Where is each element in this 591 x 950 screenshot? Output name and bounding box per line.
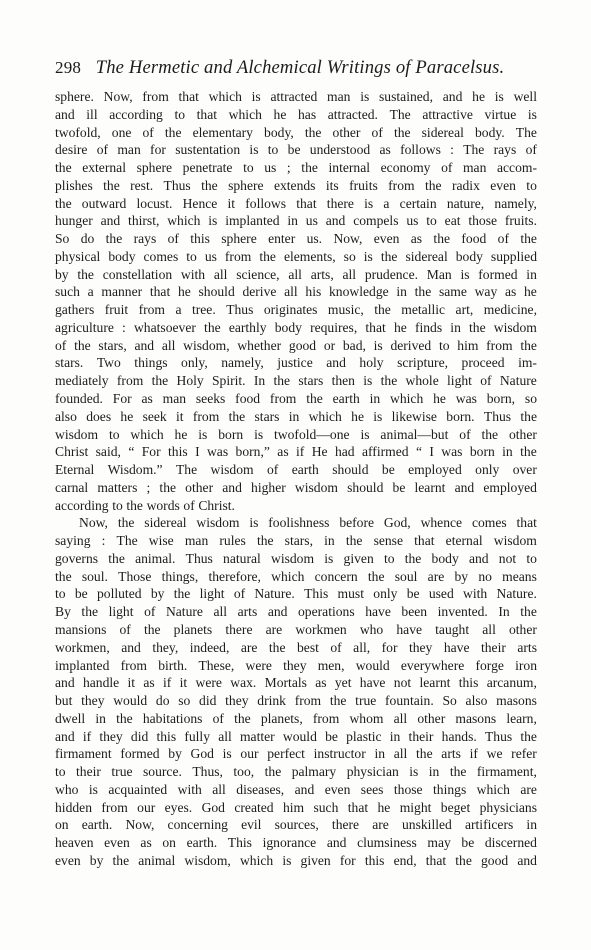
word: been (401, 603, 427, 621)
word: earth (292, 461, 319, 479)
word: eat (445, 212, 461, 230)
word: which (209, 88, 242, 106)
word: man (327, 88, 350, 106)
word: in (390, 728, 401, 746)
word: stars, (98, 337, 126, 355)
word: he (120, 408, 133, 426)
word: are (428, 568, 445, 586)
word: body (108, 248, 135, 266)
word: beget (441, 799, 470, 817)
word: too, (233, 763, 254, 781)
word: is (363, 372, 372, 390)
word: Now, (125, 816, 154, 834)
word: would (113, 692, 147, 710)
text-line: Christsaid,“ForthisIwasborn,”asifHehadaf… (55, 443, 537, 461)
word: drink (257, 692, 286, 710)
word: of (330, 639, 341, 657)
word: plastic (346, 728, 382, 746)
word: wise (149, 532, 174, 550)
word: that (414, 532, 434, 550)
word: of (498, 230, 509, 248)
word: they (81, 692, 104, 710)
text-line: tobepollutedbythelightofNature.Thismusto… (55, 585, 537, 603)
word: masons (455, 710, 496, 728)
word: of (119, 621, 130, 639)
word: learn, (506, 710, 537, 728)
word: true (111, 763, 132, 781)
word: same (439, 283, 467, 301)
word: all (342, 266, 356, 284)
word: earth. (82, 816, 113, 834)
text-line: hungerandthirst,whichisimplantedinusandc… (55, 212, 537, 230)
word: Thus (485, 728, 512, 746)
word: thirst, (128, 212, 159, 230)
word: God (202, 799, 225, 817)
word: to (384, 550, 395, 568)
word: there (332, 816, 359, 834)
word: Nature. (497, 585, 537, 603)
word: soul. (82, 568, 108, 586)
word: and (55, 106, 75, 124)
word: affirmed (362, 443, 409, 461)
word: he (378, 799, 391, 817)
word: earth (333, 390, 360, 408)
word: food (461, 230, 486, 248)
word: gathers (55, 301, 94, 319)
word: has (298, 106, 316, 124)
word: the (269, 639, 286, 657)
text-line: physicalbodycomestousfromtheelements,soi… (55, 248, 537, 266)
word: to (186, 248, 197, 266)
word: this (156, 728, 176, 746)
word: the (368, 568, 385, 586)
word: sustained, (379, 88, 433, 106)
word: as (379, 141, 390, 159)
word: for (150, 141, 166, 159)
word: higher (251, 479, 286, 497)
word: if (163, 674, 171, 692)
word: should (332, 461, 368, 479)
word: and (517, 852, 537, 870)
word: twofold—one (274, 426, 350, 444)
word: : (102, 532, 106, 550)
word: sidereal (405, 248, 447, 266)
word: the (144, 621, 161, 639)
word: whence (421, 514, 463, 532)
word: but (55, 692, 72, 710)
word: and (268, 603, 288, 621)
word: Nature. (254, 585, 294, 603)
word: elements, (284, 248, 336, 266)
word: in (95, 710, 106, 728)
word: artificers (465, 816, 513, 834)
word: sphere (228, 177, 263, 195)
word: born. (446, 408, 474, 426)
word: sense (374, 532, 403, 550)
word: it (176, 408, 184, 426)
word: and (55, 728, 75, 746)
word: that (150, 283, 170, 301)
word: and (455, 479, 475, 497)
word: The (117, 532, 138, 550)
word: of (234, 585, 245, 603)
word: matter (240, 728, 275, 746)
word: body. (475, 124, 505, 142)
word: those (468, 212, 497, 230)
word: the (106, 230, 123, 248)
word: wisdom (271, 550, 314, 568)
word: stars (255, 408, 280, 426)
word: the (108, 550, 125, 568)
word: Now, (104, 88, 133, 106)
word: a (175, 301, 181, 319)
word: so (344, 248, 356, 266)
word: evil (241, 816, 261, 834)
word: it (128, 674, 136, 692)
word: by (455, 568, 469, 586)
word: be (325, 728, 338, 746)
word: were (246, 657, 272, 675)
word: of (441, 159, 452, 177)
word: economy (381, 159, 431, 177)
text-line: Now,thesiderealwisdomisfoolishnessbefore… (55, 514, 537, 532)
word: earthly (229, 319, 267, 337)
word: Hence (183, 195, 218, 213)
word: sphere. (55, 88, 94, 106)
word: as (277, 443, 288, 461)
word: of (526, 141, 537, 159)
word: radix (452, 177, 480, 195)
word: refer (511, 745, 537, 763)
word: with (463, 585, 487, 603)
word: they, (152, 639, 178, 657)
word: and (295, 781, 315, 799)
word: clumsiness (357, 834, 417, 852)
text-line: plishestherest.Thusthesphereextendsitsfr… (55, 177, 537, 195)
word: in (526, 266, 537, 284)
text-line: totheirtruesource.Thus,too,thepalmaryphy… (55, 763, 537, 781)
word: even (490, 177, 516, 195)
word: locust. (137, 195, 173, 213)
word: bad, (343, 337, 366, 355)
word: is (360, 88, 369, 106)
word: in (374, 745, 385, 763)
word: that (426, 852, 446, 870)
word: the (520, 443, 537, 461)
word: as (142, 390, 153, 408)
text-line: stars.Twothingsonly,namely,justiceandhol… (55, 354, 537, 372)
word: food (235, 390, 260, 408)
word: with (178, 781, 202, 799)
word: in (287, 212, 298, 230)
word: compels (353, 212, 398, 230)
word: according (55, 497, 109, 515)
word: one (112, 124, 132, 142)
word: namely, (221, 354, 264, 372)
word: wisdom, (184, 852, 230, 870)
word: the (305, 124, 322, 142)
text-line: EternalWisdom.”Thewisdomofearthshouldbee… (55, 461, 537, 479)
text-line: theexternalspherepenetratetous;theintern… (55, 159, 537, 177)
word: to (55, 585, 66, 603)
word: Eternal (55, 461, 94, 479)
word: stars, (285, 532, 313, 550)
word: well (514, 88, 537, 106)
word: animal (138, 852, 175, 870)
word: seek (143, 408, 167, 426)
word: even (325, 781, 351, 799)
word: then (332, 372, 355, 390)
word: us (306, 212, 318, 230)
word: us (205, 248, 217, 266)
word: rest. (130, 177, 153, 195)
word: eternal (446, 532, 483, 550)
word: body (456, 248, 483, 266)
word: art, (456, 301, 474, 319)
text-line: agriculture:whatsoevertheearthlybodyrequ… (55, 319, 537, 337)
word: him (283, 799, 304, 817)
word: the (306, 390, 323, 408)
word: be (393, 479, 406, 497)
word: such (55, 283, 80, 301)
word: Spirit. (212, 372, 246, 390)
word: the (301, 159, 318, 177)
text-line: accordingtothewordsofChrist. (55, 497, 537, 515)
word: have (444, 639, 470, 657)
word: by (55, 266, 69, 284)
word: from (193, 408, 219, 426)
word: of (183, 497, 194, 515)
word: such (313, 799, 338, 817)
word: the (234, 710, 251, 728)
word: This (304, 585, 328, 603)
word: invented. (438, 603, 488, 621)
word: to (268, 141, 279, 159)
word: Nature (166, 603, 203, 621)
word: that (517, 514, 537, 532)
word: the (55, 568, 72, 586)
word: virtue (485, 106, 517, 124)
word: are (372, 816, 389, 834)
word: attracted. (328, 106, 378, 124)
word: said, (96, 443, 121, 461)
word: supplied (491, 248, 537, 266)
word: sees (361, 781, 384, 799)
word: wisdom, (183, 337, 229, 355)
word: heaven (55, 834, 94, 852)
word: is (495, 88, 504, 106)
word: if (296, 443, 304, 461)
word: enter (268, 230, 295, 248)
word: body (275, 319, 302, 337)
word: given (301, 852, 331, 870)
word: the (113, 852, 130, 870)
word: plishes (55, 177, 93, 195)
word: which (229, 106, 262, 124)
word: fruits. (505, 212, 537, 230)
word: from (121, 657, 147, 675)
word: earth. (187, 834, 218, 852)
text-line: Sodotheraysofthissphereenterus.Now,evena… (55, 230, 537, 248)
word: all (214, 266, 228, 284)
word: is (373, 408, 382, 426)
word: in (396, 283, 407, 301)
word: Thus (164, 177, 191, 195)
word: the (405, 550, 422, 568)
word: created (234, 799, 273, 817)
word: it (180, 674, 188, 692)
text-line: gathersfruitfromatree.Thusoriginatesmusi… (55, 301, 537, 319)
word: only (475, 461, 499, 479)
text-line: suchamannerthatheshouldderiveallhisknowl… (55, 283, 537, 301)
word: from (139, 301, 165, 319)
word: the (118, 514, 135, 532)
word: not (499, 550, 516, 568)
word: he (274, 106, 287, 124)
word: for (340, 852, 356, 870)
word: the (174, 585, 191, 603)
word: be (382, 461, 395, 479)
word: sidereal (144, 514, 186, 532)
word: our (137, 799, 155, 817)
word: good (481, 852, 508, 870)
word: of (142, 124, 153, 142)
word: He (312, 443, 328, 461)
word: who (360, 621, 383, 639)
word: tree. (192, 301, 216, 319)
word: derived (390, 337, 431, 355)
word: as (315, 674, 326, 692)
word: in (502, 443, 513, 461)
word: The (463, 141, 484, 159)
word: is (364, 248, 373, 266)
word: Two (97, 354, 121, 372)
word: end, (394, 852, 417, 870)
word: taught (435, 621, 469, 639)
word: is (364, 195, 373, 213)
word: animal—but (380, 426, 448, 444)
word: from (295, 692, 321, 710)
text-line: andhandleitasifitwerewax.Mortalsasyethav… (55, 674, 537, 692)
word: fruit (105, 301, 128, 319)
word: he (175, 426, 188, 444)
word: manner (101, 283, 142, 301)
text-line: evenbytheanimalwisdom,whichisgivenforthi… (55, 852, 537, 870)
word: the (346, 532, 363, 550)
word: the (481, 426, 498, 444)
word: was (207, 443, 228, 461)
word: soul (395, 568, 418, 586)
word: namely, (494, 195, 537, 213)
word: the (265, 763, 282, 781)
word: formed (478, 266, 517, 284)
word: Now, (79, 514, 108, 532)
word: he (394, 319, 407, 337)
word: is (282, 852, 291, 870)
word: “ (128, 443, 134, 461)
word: on (55, 816, 69, 834)
word: diseases, (236, 781, 284, 799)
word: no (478, 568, 492, 586)
word: external (82, 159, 126, 177)
word: This (228, 834, 252, 852)
word: its (326, 177, 339, 195)
word: agriculture (55, 319, 114, 337)
word: comes (144, 248, 179, 266)
word: the (520, 230, 537, 248)
body-text: sphere.Now,fromthatwhichisattractedmanis… (55, 88, 537, 870)
word: So (442, 692, 456, 710)
word: had (335, 443, 355, 461)
word: Thus (186, 550, 213, 568)
word: born,” (236, 443, 270, 461)
word: twofold, (55, 124, 101, 142)
word: knowledge (329, 283, 389, 301)
word: be (288, 141, 301, 159)
word: the (381, 248, 398, 266)
word: from (388, 177, 414, 195)
word: of (267, 461, 278, 479)
word: be (461, 834, 474, 852)
word: given (344, 550, 374, 568)
word: things (134, 354, 167, 372)
word: eyes. (165, 799, 193, 817)
word: extends (274, 177, 316, 195)
word: elementary (193, 124, 253, 142)
word: is (89, 781, 98, 799)
word: Man (427, 266, 452, 284)
word: I (195, 443, 200, 461)
word: the (381, 372, 398, 390)
word: workmen (295, 621, 346, 639)
word: and (469, 550, 489, 568)
word: whole (406, 372, 439, 390)
word: rays (134, 230, 157, 248)
word: Holy (177, 372, 204, 390)
word: certain (400, 195, 437, 213)
word: the (450, 763, 467, 781)
word: the (229, 408, 246, 426)
page-number: 298 (55, 58, 81, 77)
word: of (480, 372, 491, 390)
word: they (225, 692, 248, 710)
word: are (266, 621, 283, 639)
word: does (86, 408, 111, 426)
word: best (297, 639, 319, 657)
word: all (162, 337, 176, 355)
word: fountain. (385, 692, 434, 710)
word: other (509, 621, 537, 639)
word: to (109, 426, 120, 444)
word: ; (147, 479, 151, 497)
word: concern (315, 568, 358, 586)
text-line: sphere.Now,fromthatwhichisattractedmanis… (55, 88, 537, 106)
word: born (470, 443, 495, 461)
word: body, (264, 124, 294, 142)
text-line: implantedfrombirth.These,weretheymen,wou… (55, 657, 537, 675)
word: The (390, 106, 411, 124)
word: everywhere (401, 657, 464, 675)
word: in (324, 532, 335, 550)
word: over (513, 461, 537, 479)
word: attracted (270, 88, 317, 106)
word: good (289, 337, 316, 355)
word: as (411, 230, 422, 248)
word: with (181, 266, 205, 284)
word: of (97, 141, 108, 159)
word: mediately (55, 372, 109, 390)
word: the (204, 319, 221, 337)
